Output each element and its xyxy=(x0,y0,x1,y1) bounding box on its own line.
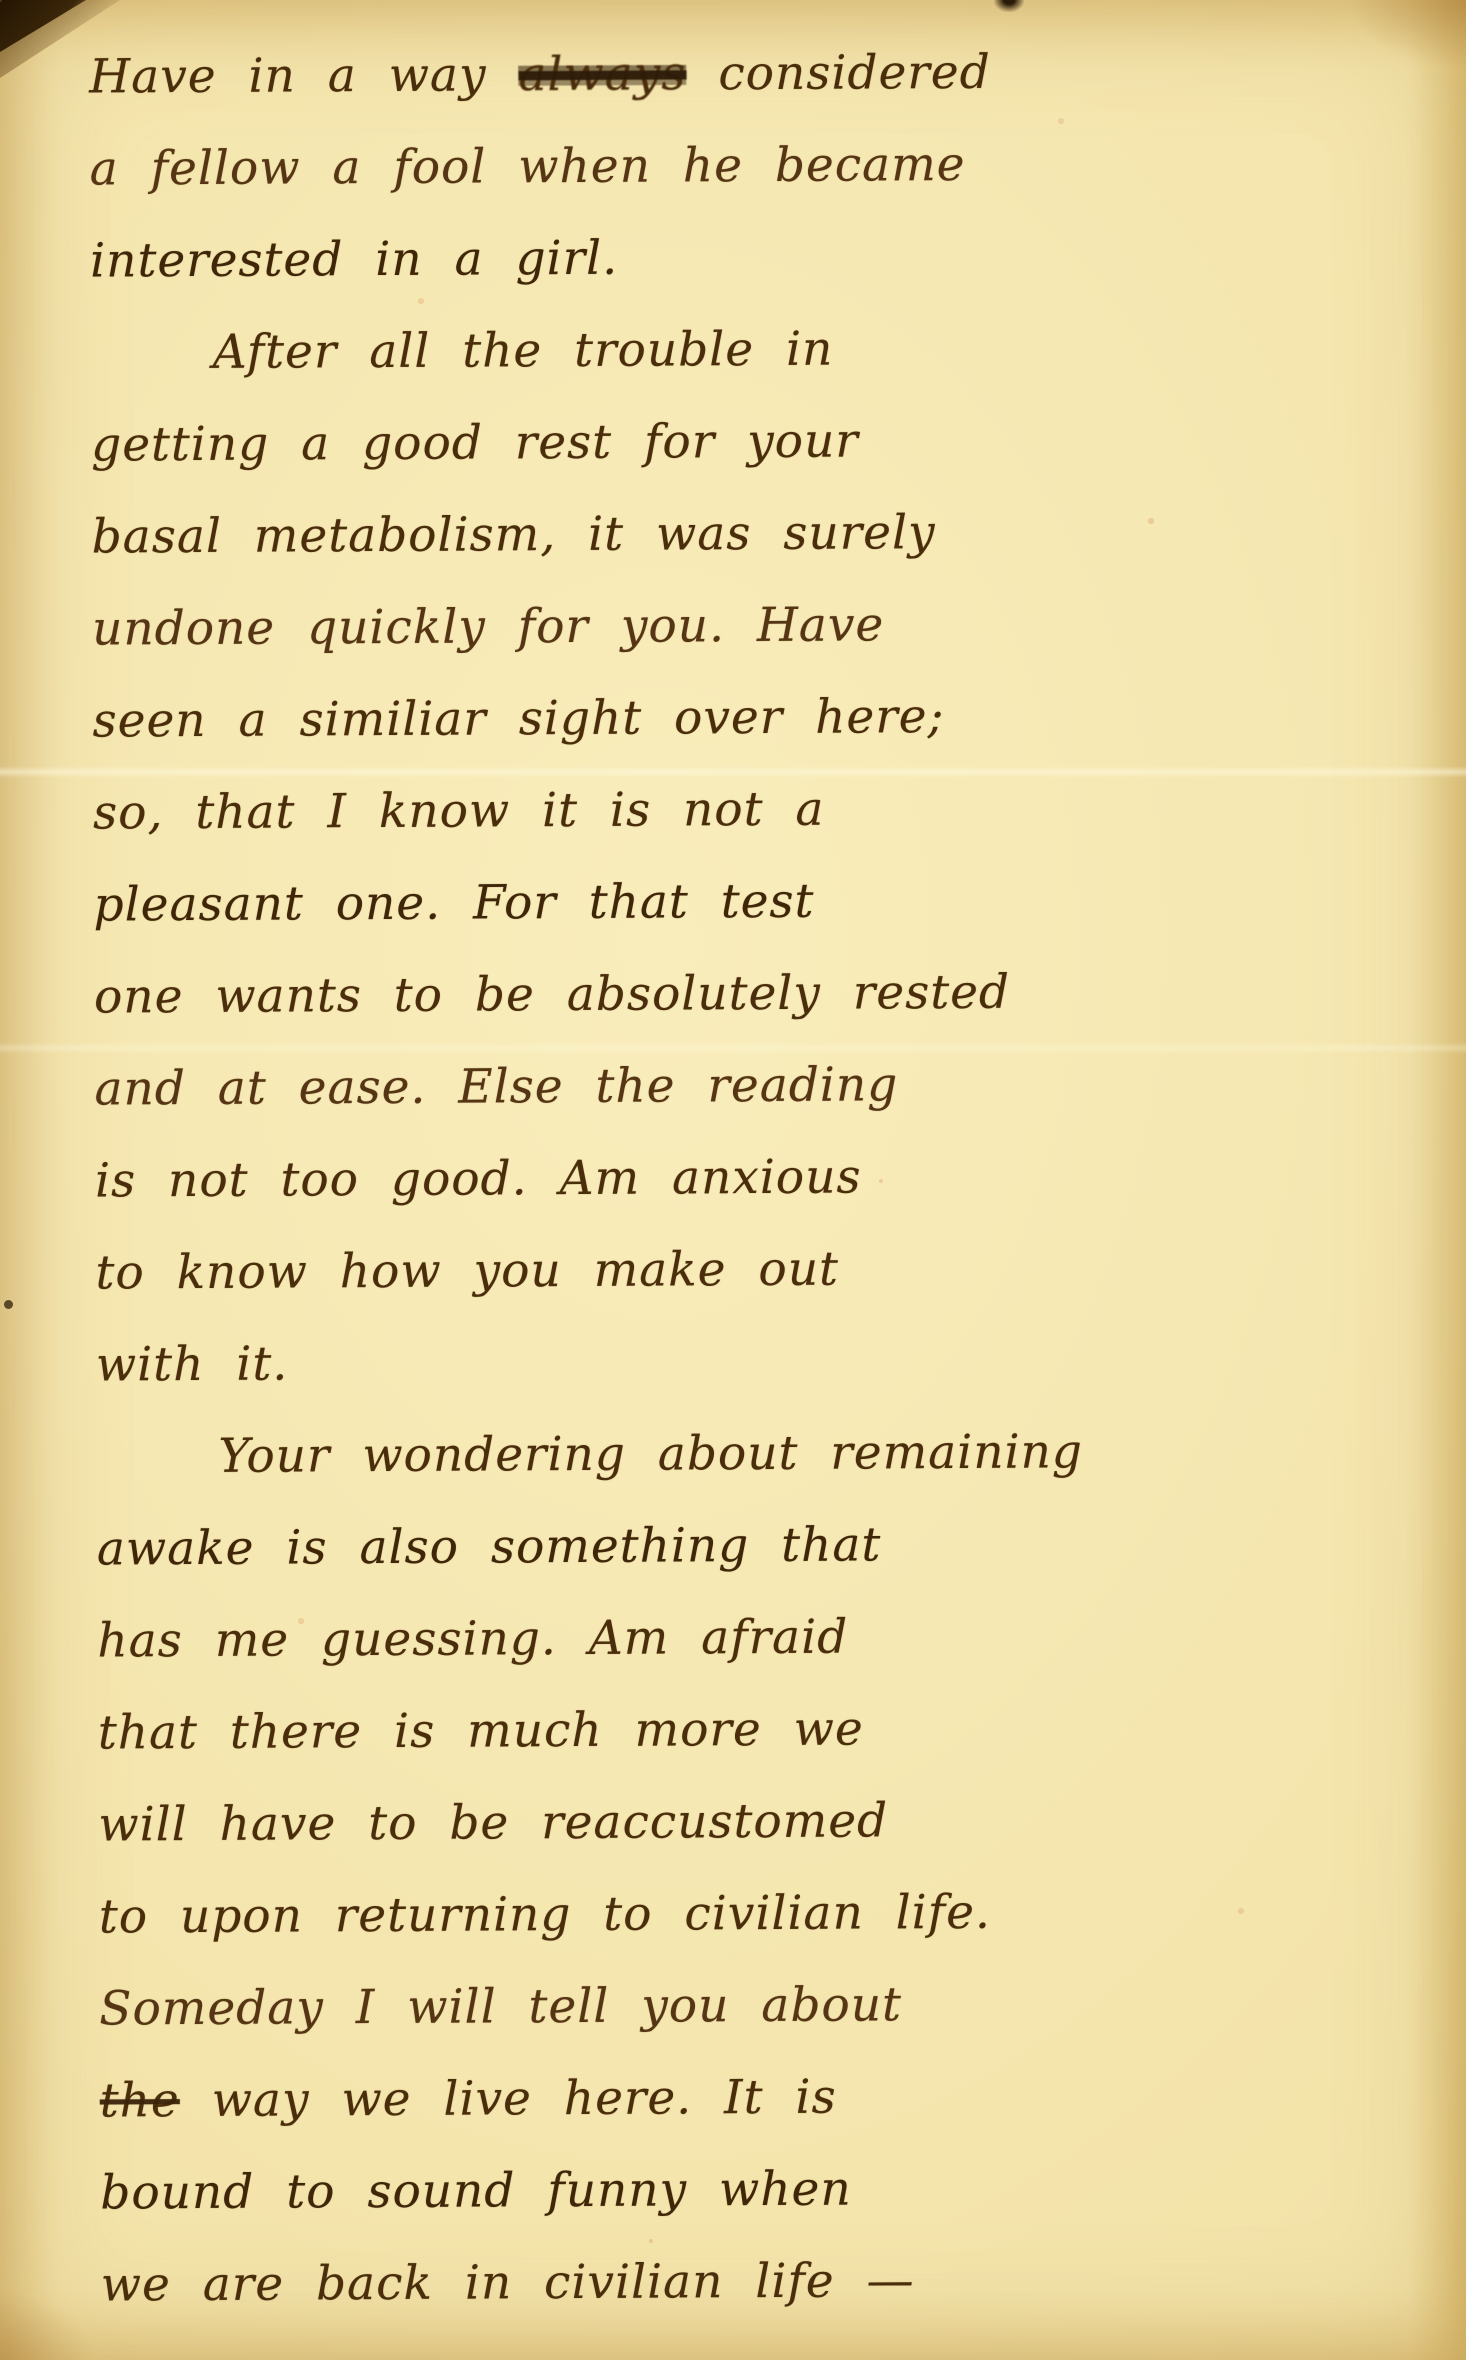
letter-text: has me guessing. Am afraid xyxy=(97,1610,848,1669)
letter-line: and at ease. Else the reading xyxy=(94,1036,1439,1135)
letter-text: awake is also something that xyxy=(97,1517,882,1576)
letter-line: to upon returning to civilian life. xyxy=(99,1864,1444,1963)
paper-aging-specks xyxy=(0,0,2,2)
letter-text: Have in a way xyxy=(89,47,519,104)
letter-text: we are back in civilian life — xyxy=(101,2253,915,2312)
letter-line: Have in a way always considered xyxy=(89,24,1434,123)
letter-text: with it. xyxy=(96,1337,289,1393)
letter-text: undone quickly for you. Have xyxy=(92,597,884,656)
letter-line: to know how you make out xyxy=(95,1220,1440,1319)
letter-text: After all the trouble in xyxy=(213,322,834,380)
struck-out-word: the xyxy=(100,2073,180,2128)
letter-line: After all the trouble in xyxy=(90,300,1435,399)
corner-shading-bottom-left xyxy=(0,2270,110,2360)
letter-text: interested in a girl. xyxy=(90,231,618,289)
letter-text: so, that I know it is not a xyxy=(93,782,825,841)
letter-body: Have in a way always considereda fellow … xyxy=(89,24,1446,2331)
left-edge-ink-dot xyxy=(4,1300,13,1309)
letter-line: getting a good rest for your xyxy=(91,392,1436,491)
letter-photo: { "letter": { "paper_color": "#f2e2a7", … xyxy=(0,0,1466,2360)
letter-line: awake is also something that xyxy=(97,1496,1442,1595)
letter-text: considered xyxy=(686,45,991,102)
letter-line: one wants to be absolutely rested xyxy=(94,944,1439,1043)
letter-text: getting a good rest for your xyxy=(91,414,859,473)
letter-line: Someday I will tell you about xyxy=(99,1956,1444,2055)
letter-text: a fellow a fool when he became xyxy=(90,137,966,197)
letter-text: seen a similiar sight over here; xyxy=(92,689,944,748)
letter-text: will have to be reaccustomed xyxy=(98,1793,888,1852)
letter-text: Someday I will tell you about xyxy=(99,1977,902,2036)
letter-line: interested in a girl. xyxy=(90,208,1435,307)
letter-text: way we live here. It is xyxy=(180,2070,837,2128)
letter-line: seen a similiar sight over here; xyxy=(92,668,1437,767)
letter-text: bound to sound funny when xyxy=(100,2162,852,2221)
letter-line: basal metabolism, it was surely xyxy=(91,484,1436,583)
letter-text: that there is much more we xyxy=(98,1702,864,1761)
letter-line: has me guessing. Am afraid xyxy=(97,1588,1442,1687)
letter-text: basal metabolism, it was surely xyxy=(91,505,935,564)
letter-line: so, that I know it is not a xyxy=(93,760,1438,859)
letter-text: is not too good. Am anxious xyxy=(95,1150,862,1209)
letter-line: we are back in civilian life — xyxy=(101,2232,1446,2331)
letter-line: undone quickly for you. Have xyxy=(92,576,1437,675)
letter-text: to know how you make out xyxy=(95,1242,839,1301)
letter-line: Your wondering about remaining xyxy=(96,1404,1441,1503)
letter-text: pleasant one. For that test xyxy=(93,874,814,933)
letter-line: with it. xyxy=(96,1312,1441,1411)
letter-text: one wants to be absolutely rested xyxy=(94,965,1010,1025)
top-edge-notch xyxy=(994,0,1024,12)
letter-line: will have to be reaccustomed xyxy=(98,1772,1443,1871)
letter-line: the way we live here. It is xyxy=(100,2048,1445,2147)
letter-line: pleasant one. For that test xyxy=(93,852,1438,951)
letter-line: bound to sound funny when xyxy=(100,2140,1445,2239)
scribbled-out-word: always xyxy=(518,46,686,102)
letter-text: and at ease. Else the reading xyxy=(94,1057,898,1116)
letter-text: Your wondering about remaining xyxy=(218,1424,1083,1484)
letter-line: that there is much more we xyxy=(98,1680,1443,1779)
letter-line: is not too good. Am anxious xyxy=(95,1128,1440,1227)
letter-text: to upon returning to civilian life. xyxy=(99,1885,991,1945)
letter-line: a fellow a fool when he became xyxy=(89,116,1434,215)
